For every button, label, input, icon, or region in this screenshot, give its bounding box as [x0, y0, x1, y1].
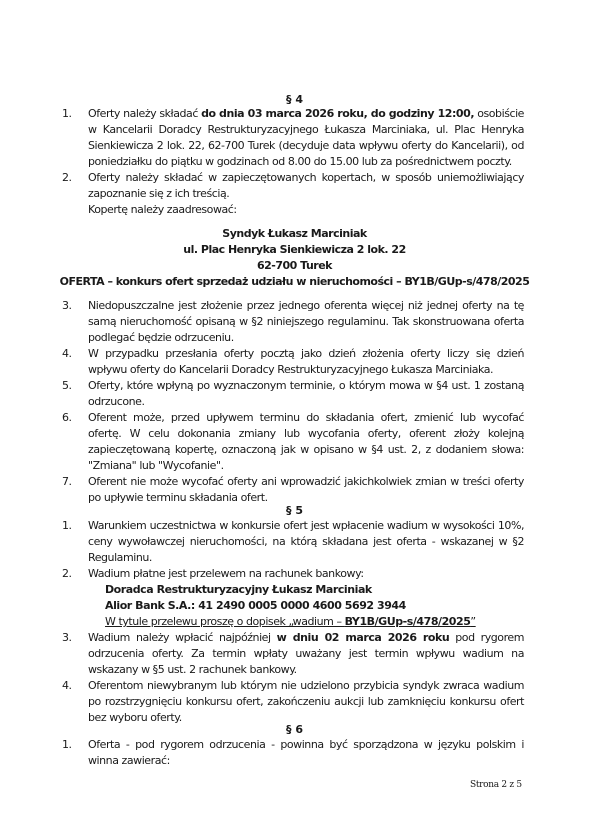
- item-number: 3.: [62, 298, 82, 314]
- address-line-4: OFERTA – konkurs ofert sprzedaż udziału …: [0, 274, 589, 290]
- s5-item-4: 4. Oferentom niewybranym lub którym nie …: [62, 678, 524, 726]
- item-text: Oferty należy składać do dnia 03 marca 2…: [88, 106, 524, 170]
- bank-account-holder: Doradca Restrukturyzacyjny Łukasz Marcin…: [105, 582, 525, 598]
- s4-item-6: 6. Oferent może, przed upływem terminu d…: [62, 410, 524, 474]
- s5-item-1: 1. Warunkiem uczestnictwa w konkursie of…: [62, 518, 524, 566]
- item-number: 2.: [62, 170, 82, 186]
- s4-item-5: 5. Oferty, które wpłyną po wyznaczonym t…: [62, 378, 524, 410]
- item-text: Oferty, które wpłyną po wyznaczonym term…: [88, 378, 524, 410]
- item-number: 7.: [62, 474, 82, 490]
- item-number: 6.: [62, 410, 82, 426]
- s4-item-3: 3. Niedopuszczalne jest złożenie przez j…: [62, 298, 524, 346]
- item-text: Oferent może, przed upływem terminu do s…: [88, 410, 524, 474]
- item-text: Niedopuszczalne jest złożenie przez jedn…: [88, 298, 524, 346]
- section-5-title: § 5: [0, 503, 589, 518]
- item-number: 1.: [62, 518, 82, 534]
- item-number: 4.: [62, 346, 82, 362]
- address-line-1: Syndyk Łukasz Marciniak: [0, 226, 589, 242]
- document-page: § 4 1. Oferty należy składać do dnia 03 …: [0, 0, 589, 834]
- address-line-2: ul. Plac Henryka Sienkiewicza 2 lok. 22: [0, 242, 589, 258]
- item-text: W przypadku przesłania oferty pocztą jak…: [88, 346, 524, 378]
- item-number: 3.: [62, 630, 82, 646]
- s4-item-4: 4. W przypadku przesłania oferty pocztą …: [62, 346, 524, 378]
- address-line-3: 62-700 Turek: [0, 258, 589, 274]
- item-text: Wadium należy wpłacić najpóźniej w dniu …: [88, 630, 524, 678]
- section-4-title: § 4: [0, 92, 589, 107]
- item-text: Oferentom niewybranym lub którym nie udz…: [88, 678, 524, 726]
- s6-item-1: 1. Oferta - pod rygorem odrzucenia - pow…: [62, 737, 524, 769]
- item-number: 1.: [62, 737, 82, 753]
- envelope-address-intro: Kopertę należy zaadresować:: [88, 202, 524, 218]
- item-text: Wadium płatne jest przelewem na rachunek…: [88, 566, 524, 582]
- item-number: 2.: [62, 566, 82, 582]
- item-text: Warunkiem uczestnictwa w konkursie ofert…: [88, 518, 524, 566]
- deposit-deadline-bold: w dniu 02 marca 2026 roku: [277, 631, 450, 644]
- deadline-bold: do dnia 03 marca 2026 roku, do godziny 1…: [201, 107, 474, 120]
- item-text: Oferta - pod rygorem odrzucenia - powinn…: [88, 737, 524, 769]
- transfer-title-note: W tytule przelewu proszę o dopisek „wadi…: [105, 614, 525, 630]
- item-number: 1.: [62, 106, 82, 122]
- section-6-title: § 6: [0, 722, 589, 737]
- item-text: Oferty należy składać w zapieczętowanych…: [88, 170, 524, 202]
- s4-item-7: 7. Oferent nie może wycofać oferty ani w…: [62, 474, 524, 506]
- s4-item-1: 1. Oferty należy składać do dnia 03 marc…: [62, 106, 524, 170]
- s5-item-3: 3. Wadium należy wpłacić najpóźniej w dn…: [62, 630, 524, 678]
- page-number: Strona 2 z 5: [470, 780, 522, 790]
- bank-account-number: Alior Bank S.A.: 41 2490 0005 0000 4600 …: [105, 598, 525, 614]
- s4-item-2: 2. Oferty należy składać w zapieczętowan…: [62, 170, 524, 202]
- item-number: 4.: [62, 678, 82, 694]
- item-number: 5.: [62, 378, 82, 394]
- s5-item-2: 2. Wadium płatne jest przelewem na rachu…: [62, 566, 524, 582]
- item-text: Oferent nie może wycofać oferty ani wpro…: [88, 474, 524, 506]
